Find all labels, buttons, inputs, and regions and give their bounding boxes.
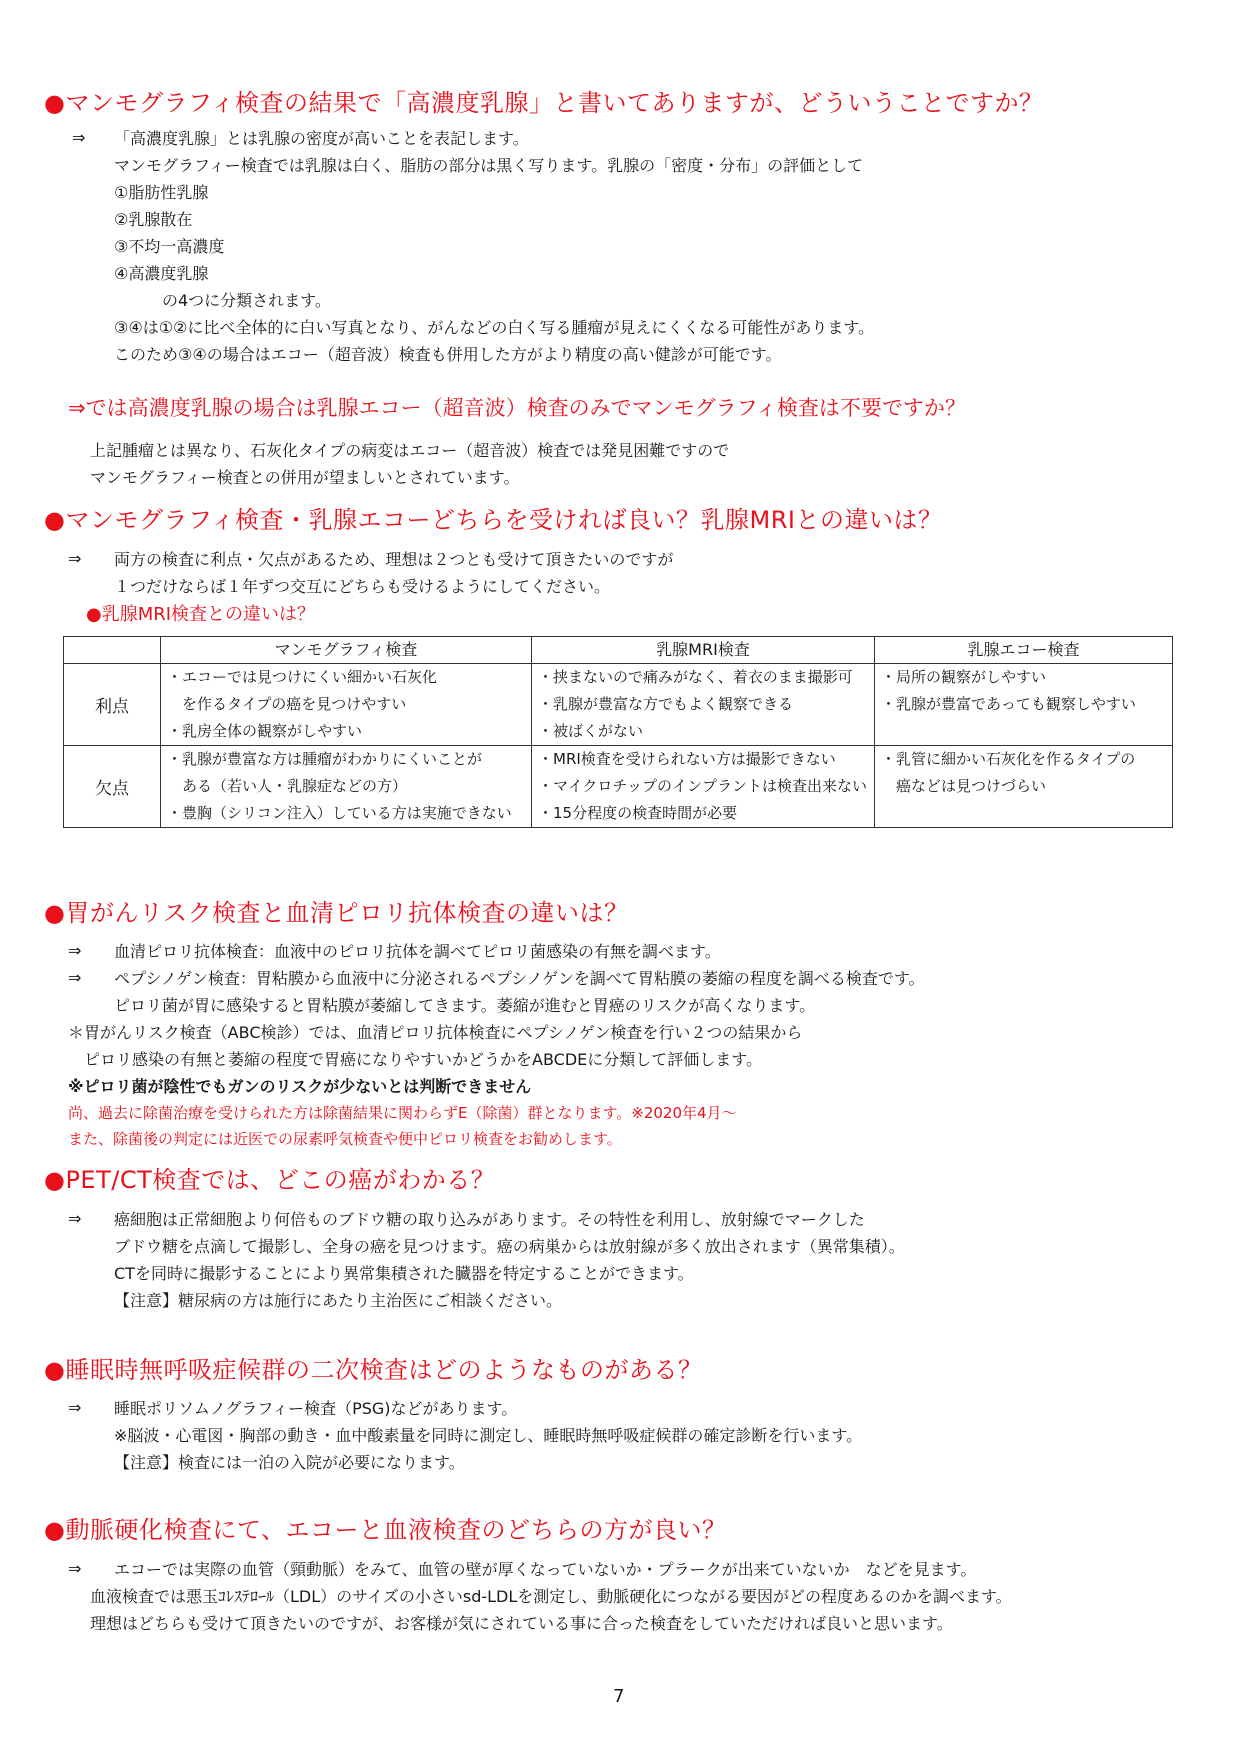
heading-arteriosclerosis: ●動脈硬化検査にて、エコーと血液検査のどちらの方が良い？	[44, 1510, 726, 1545]
subheading-echo-only: ⇒では高濃度乳腺の場合は乳腺エコー（超音波）検査のみでマンモグラフィ検査は不要で…	[68, 392, 966, 422]
table-row-disadvantages: 欠点 ・乳腺が豊富な方は腫瘤がわかりにくいことが ある（若い人・乳腺症などの方）…	[64, 746, 1173, 828]
heading-pet-ct: ●PET/CT検査では、どこの癌がわかる？	[44, 1160, 495, 1195]
cell-line: ・乳房全体の観察がしやすい	[167, 718, 525, 745]
arrow-icon: ⇒	[68, 1559, 81, 1578]
arrow-icon: ⇒	[72, 128, 85, 147]
table-header-row: マンモグラフィ検査 乳腺MRI検査 乳腺エコー検査	[64, 637, 1173, 664]
arrow-icon: ⇒	[68, 968, 81, 987]
cell-line: ・挟まないので痛みがなく、着衣のまま撮影可	[538, 664, 868, 691]
table-header-blank	[64, 637, 161, 664]
cell-line: を作るタイプの癌を見つけやすい	[167, 691, 525, 718]
body-line: マンモグラフィー検査との併用が望ましいとされています。	[90, 464, 519, 491]
body-line: 血清ピロリ抗体検査：血液中のピロリ抗体を調べてピロリ菌感染の有無を調べます。	[114, 938, 721, 965]
cell-line: ・15分程度の検査時間が必要	[538, 800, 868, 827]
body-line: ※脳波・心電図・胸部の動き・血中酸素量を同時に測定し、睡眠時無呼吸症候群の確定診…	[114, 1422, 862, 1449]
cell-line: ・被ばくがない	[538, 718, 868, 745]
body-line: ブドウ糖を点滴して撮影し、全身の癌を見つけます。癌の病巣からは放射線が多く放出さ…	[114, 1233, 905, 1260]
body-line: ③④は①②に比べ全体的に白い写真となり、がんなどの白く写る腫瘤が見えにくくなる可…	[114, 314, 874, 341]
body-line: 「高濃度乳腺」とは乳腺の密度が高いことを表記します。	[114, 125, 529, 152]
body-line: このため③④の場合はエコー（超音波）検査も併用した方がより精度の高い健診が可能で…	[114, 341, 781, 368]
body-line: CTを同時に撮影することにより異常集積された臓器を特定することができます。	[114, 1260, 694, 1287]
table-cell: ・乳腺が豊富な方は腫瘤がわかりにくいことが ある（若い人・乳腺症などの方） ・豊…	[161, 746, 532, 828]
warning-line: ※ピロリ菌が陰性でもガンのリスクが少ないとは判断できません	[68, 1073, 531, 1100]
row-label: 欠点	[64, 746, 161, 828]
arrow-icon: ⇒	[68, 1398, 81, 1417]
body-line: 癌細胞は正常細胞より何倍ものブドウ糖の取り込みがあります。その特性を利用し、放射…	[114, 1206, 865, 1233]
body-line: 両方の検査に利点・欠点があるため、理想は２つとも受けて頂きたいのですが	[114, 546, 673, 573]
red-note: また、除菌後の判定には近医での尿素呼気検査や便中ピロリ検査をお勧めします。	[68, 1128, 622, 1149]
arrow-icon: ⇒	[68, 941, 81, 960]
heading-mammo-vs-echo: ●マンモグラフィ検査・乳腺エコーどちらを受ければ良い？乳腺MRIとの違いは？	[44, 500, 942, 535]
cell-line: ・乳管に細かい石灰化を作るタイプの	[881, 746, 1166, 773]
cell-line: ・局所の観察がしやすい	[881, 664, 1166, 691]
table-row-advantages: 利点 ・エコーでは見つけにくい細かい石灰化 を作るタイプの癌を見つけやすい ・乳…	[64, 664, 1173, 746]
body-line: 理想はどちらも受けて頂きたいのですが、お客様が気にされている事に合った検査をして…	[90, 1610, 953, 1637]
body-line: エコーでは実際の血管（頸動脈）をみて、血管の壁が厚くなっていないか・プラークが出…	[114, 1556, 976, 1583]
body-line: ペプシノゲン検査：胃粘膜から血液中に分泌されるペプシノゲンを調べて胃粘膜の萎縮の…	[114, 965, 925, 992]
heading-dense-breast: ●マンモグラフィ検査の結果で「高濃度乳腺」と書いてありますが、どういうことですか…	[44, 83, 1044, 118]
body-line: １つだけならば１年ずつ交互にどちらも受けるようにしてください。	[114, 573, 610, 600]
cell-line: ・乳腺が豊富な方でもよく観察できる	[538, 691, 868, 718]
arrow-icon: ⇒	[68, 549, 81, 568]
list-item: ④高濃度乳腺	[114, 260, 208, 287]
comparison-table: マンモグラフィ検査 乳腺MRI検査 乳腺エコー検査 利点 ・エコーでは見つけにく…	[63, 636, 1173, 828]
red-note: 尚、過去に除菌治療を受けられた方は除菌結果に関わらずE（除菌）群となります。※2…	[68, 1102, 737, 1123]
subheading-mri: ●乳腺MRI検査との違いは？	[86, 600, 315, 626]
table-cell: ・挟まないので痛みがなく、着衣のまま撮影可 ・乳腺が豊富な方でもよく観察できる …	[532, 664, 875, 746]
table-cell: ・局所の観察がしやすい ・乳腺が豊富であっても観察しやすい	[875, 664, 1173, 746]
body-line: ピロリ菌が胃に感染すると胃粘膜が萎縮してきます。萎縮が進むと胃癌のリスクが高くな…	[114, 992, 815, 1019]
cell-line: 癌などは見つけづらい	[881, 773, 1166, 800]
body-line: の4つに分類されます。	[162, 287, 331, 314]
body-line: 上記腫瘤とは異なり、石灰化タイプの病変はエコー（超音波）検査では発見困難ですので	[90, 437, 729, 464]
cell-line: ・乳腺が豊富であっても観察しやすい	[881, 691, 1166, 718]
body-line: 血液検査では悪玉ｺﾚｽﾃﾛｰﾙ（LDL）のサイズの小さいsd-LDLを測定し、動…	[90, 1583, 1012, 1610]
list-item: ③不均一高濃度	[114, 233, 224, 260]
heading-sleep-apnea: ●睡眠時無呼吸症候群の二次検査はどのようなものがある？	[44, 1350, 702, 1385]
body-line: 【注意】検査には一泊の入院が必要になります。	[114, 1449, 465, 1476]
cell-line: ・マイクロチップのインプラントは検査出来ない	[538, 773, 868, 800]
table-header-mri: 乳腺MRI検査	[532, 637, 875, 664]
cell-line: ある（若い人・乳腺症などの方）	[167, 773, 525, 800]
body-line: 【注意】糖尿病の方は施行にあたり主治医にご相談ください。	[114, 1287, 562, 1314]
table-cell: ・乳管に細かい石灰化を作るタイプの 癌などは見つけづらい	[875, 746, 1173, 828]
body-line: 睡眠ポリソムノグラフィー検査（PSG)などがあります。	[114, 1395, 517, 1422]
cell-line: ・MRI検査を受けられない方は撮影できない	[538, 746, 868, 773]
table-cell: ・MRI検査を受けられない方は撮影できない ・マイクロチップのインプラントは検査…	[532, 746, 875, 828]
page-number: 7	[613, 1686, 624, 1707]
cell-line: ・エコーでは見つけにくい細かい石灰化	[167, 664, 525, 691]
cell-line: ・豊胸（シリコン注入）している方は実施できない	[167, 800, 525, 827]
body-line: ＊胃がんリスク検査（ABC検診）では、血清ピロリ抗体検査にペプシノゲン検査を行い…	[68, 1019, 802, 1046]
body-line: マンモグラフィー検査では乳腺は白く、脂肪の部分は黒く写ります。乳腺の「密度・分布…	[114, 152, 863, 179]
cell-line: ・乳腺が豊富な方は腫瘤がわかりにくいことが	[167, 746, 525, 773]
list-item: ②乳腺散在	[114, 206, 192, 233]
body-line: ピロリ感染の有無と萎縮の程度で胃癌になりやすいかどうかをABCDEに分類して評価…	[84, 1046, 762, 1073]
arrow-icon: ⇒	[68, 1209, 81, 1228]
table-cell: ・エコーでは見つけにくい細かい石灰化 を作るタイプの癌を見つけやすい ・乳房全体…	[161, 664, 532, 746]
heading-stomach-risk: ●胃がんリスク検査と血清ピロリ抗体検査の違いは？	[44, 893, 628, 928]
table-header-mammography: マンモグラフィ検査	[161, 637, 532, 664]
table-header-echo: 乳腺エコー検査	[875, 637, 1173, 664]
list-item: ①脂肪性乳腺	[114, 179, 208, 206]
row-label: 利点	[64, 664, 161, 746]
